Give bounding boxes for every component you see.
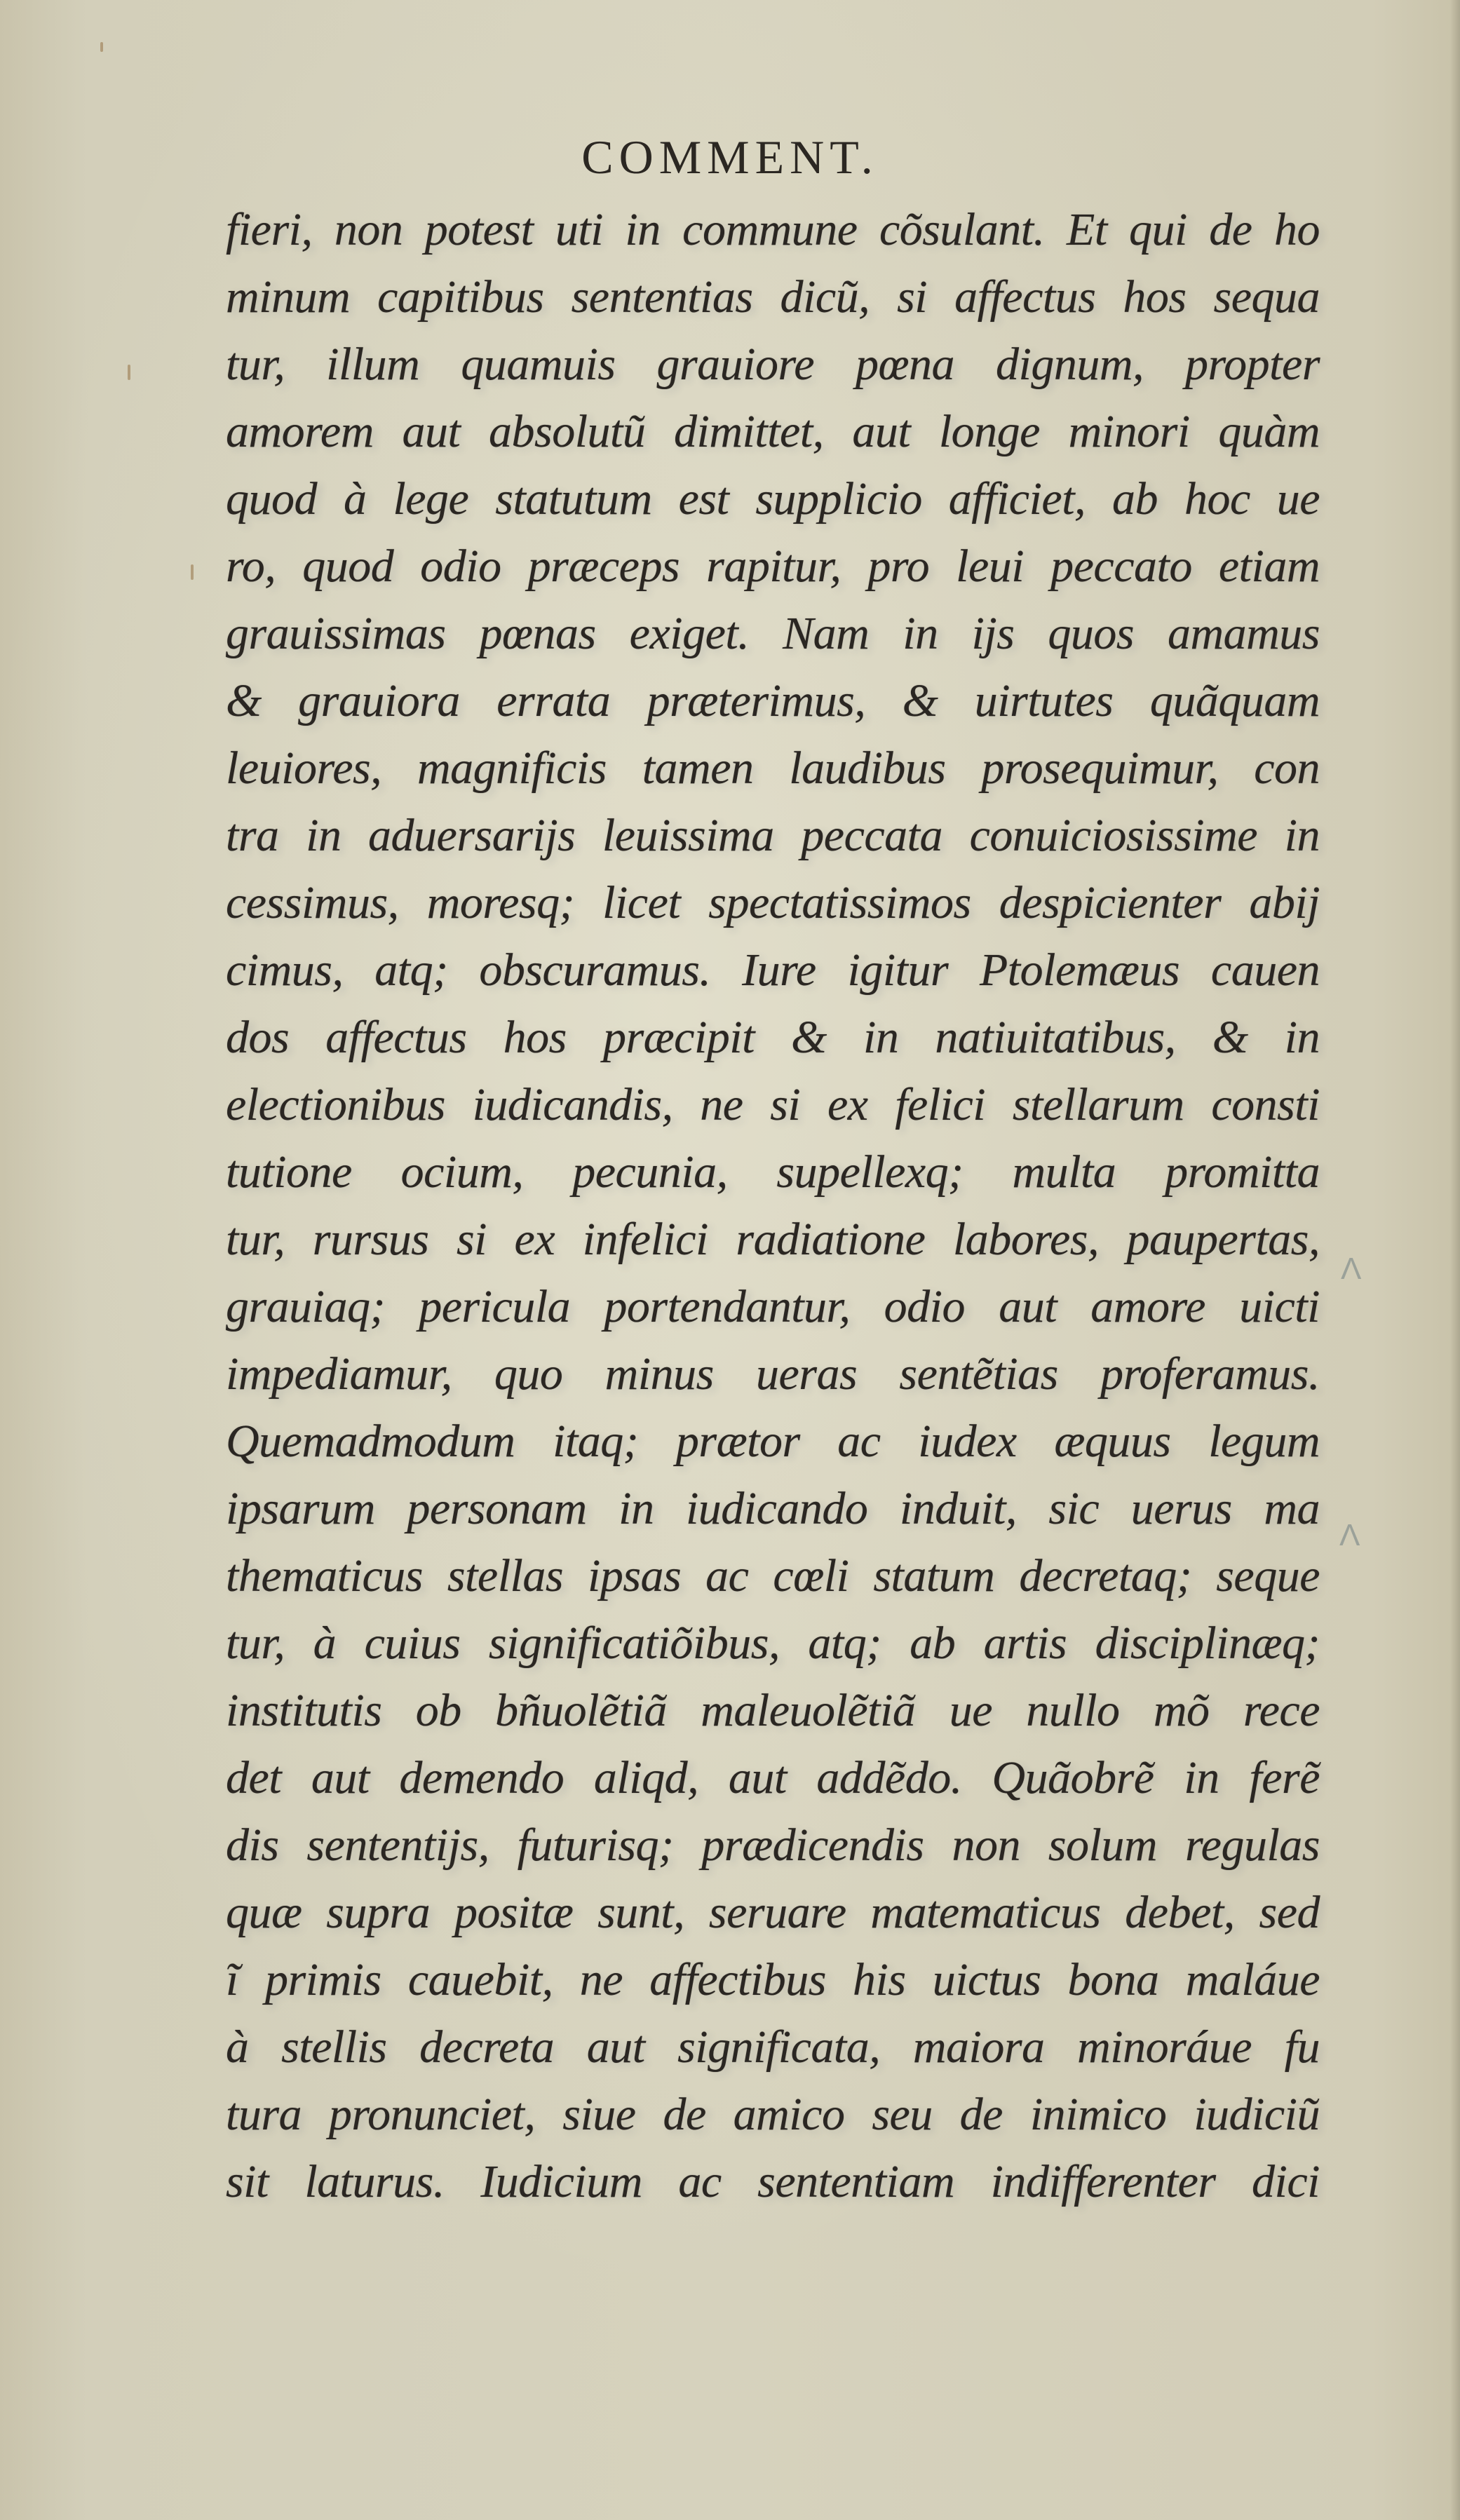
text-line: amorem aut absolutũ dimittet, aut longe … <box>226 398 1320 466</box>
text-line: à stellis decreta aut significata, maior… <box>226 2014 1320 2081</box>
bleed-through-mark: Λ <box>1339 1518 1360 1553</box>
text-line: cimus, atq; obscuramus. Iure igitur Ptol… <box>226 937 1320 1004</box>
text-line: grauissimas pœnas exiget. Nam in ijs quo… <box>226 600 1320 668</box>
text-line: tur, rursus si ex infelici radiatione la… <box>226 1206 1320 1273</box>
text-line: quod à lege statutum est supplicio affic… <box>226 466 1320 533</box>
paper-speck <box>128 365 130 380</box>
text-line: impediamur, quo minus ueras sentẽtias pr… <box>226 1341 1320 1408</box>
paper-speck <box>191 564 194 580</box>
running-head: COMMENT. <box>0 130 1460 185</box>
text-line: tura pronunciet, siue de amico seu de in… <box>226 2081 1320 2148</box>
text-line: electionibus iudicandis, ne si ex felici… <box>226 1071 1320 1139</box>
text-line: & grauiora errata præterimus, & uirtutes… <box>226 668 1320 735</box>
text-line: fieri, non potest uti in commune cõsulan… <box>226 196 1320 264</box>
text-line: institutis ob bñuolẽtiã maleuolẽtiã ue n… <box>226 1677 1320 1745</box>
text-line: minum capitibus sententias dicũ, si affe… <box>226 264 1320 331</box>
text-line: grauiaq; pericula portendantur, odio aut… <box>226 1273 1320 1341</box>
text-line: cessimus, moresq; licet spectatissimos d… <box>226 869 1320 937</box>
text-line: tutione ocium, pecunia, supellexq; multa… <box>226 1139 1320 1206</box>
text-line: det aut demendo aliqd, aut addẽdo. Quãob… <box>226 1745 1320 1812</box>
body-text: fieri, non potest uti in commune cõsulan… <box>226 196 1320 2216</box>
text-line: ro, quod odio præceps rapitur, pro leui … <box>226 533 1320 600</box>
text-line: dis sententijs, futurisq; prædicendis no… <box>226 1812 1320 1879</box>
bleed-through-mark: Λ <box>1341 1252 1361 1287</box>
page-edge-shadow <box>1450 0 1460 2520</box>
text-line: tra in aduersarijs leuissima peccata con… <box>226 802 1320 869</box>
paper-speck <box>100 42 103 52</box>
text-line: tur, à cuius significatiõibus, atq; ab a… <box>226 1610 1320 1677</box>
text-line: tur, illum quamuis grauiore pœna dignum,… <box>226 331 1320 398</box>
text-line: Quemadmodum itaq; prætor ac iudex æquus … <box>226 1408 1320 1475</box>
book-page: COMMENT. fieri, non potest uti in commun… <box>0 0 1460 2520</box>
text-line: sit laturus. Iudicium ac sententiam indi… <box>226 2148 1320 2216</box>
text-line: thematicus stellas ipsas ac cœli statum … <box>226 1543 1320 1610</box>
text-line: quæ supra positæ sunt, seruare matematic… <box>226 1879 1320 1946</box>
text-line: ipsarum personam in iudicando induit, si… <box>226 1475 1320 1543</box>
running-head-text: COMMENT. <box>581 130 879 184</box>
text-line: ĩ primis cauebit, ne affectibus his uict… <box>226 1946 1320 2014</box>
text-line: dos affectus hos præcipit & in natiuitat… <box>226 1004 1320 1071</box>
text-line: leuiores, magnificis tamen laudibus pros… <box>226 735 1320 802</box>
